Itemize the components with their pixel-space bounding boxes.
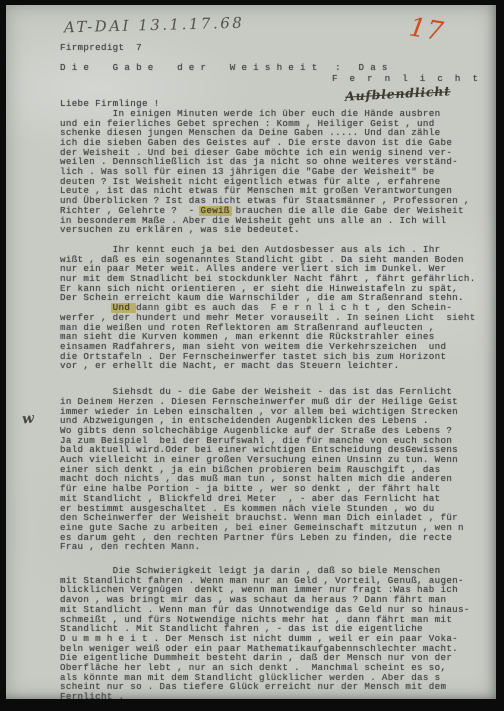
document-page: AT-DAI 13.1.17.68 17 Aufblendlicht w Fir… bbox=[6, 5, 496, 699]
paragraph-intro: In einigen Minuten werde ich über euch d… bbox=[60, 109, 496, 235]
highlight-mark-und bbox=[111, 303, 136, 313]
handwritten-page-number: 17 bbox=[407, 12, 446, 47]
handwritten-margin-mark: w bbox=[21, 410, 35, 427]
highlight-mark-gewiss bbox=[199, 206, 232, 216]
document-title-line1: D i e G a b e d e r W e i s h e i t : D … bbox=[60, 63, 496, 73]
paragraph-siehst-du: Siehsdt du - die Gabe der Weisheit - das… bbox=[60, 387, 496, 552]
document-title-line2: F e r n l i c h t bbox=[332, 74, 496, 84]
handwritten-archive-number: AT-DAI 13.1.17.68 bbox=[64, 14, 245, 37]
paragraph-schwierigkeit: Die Schwierigkeit leigt ja darin , daß s… bbox=[60, 566, 496, 699]
scanned-photo-background: AT-DAI 13.1.17.68 17 Aufblendlicht w Fir… bbox=[0, 0, 504, 711]
